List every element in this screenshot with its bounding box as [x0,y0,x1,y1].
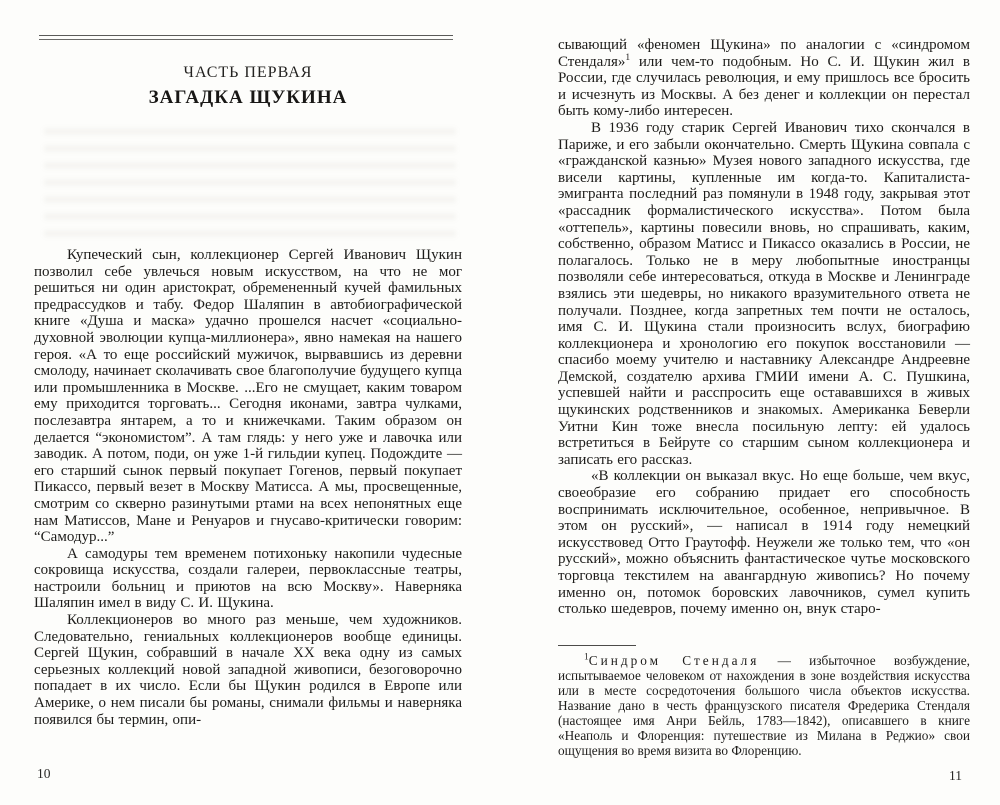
page-right-body: сывающий «феномен Щукина» по аналогии с … [558,37,970,618]
paragraph: «В коллекции он выказал вкус. Но еще бол… [558,468,970,617]
footnote-text: 1Синдром Стендаля — избыточное возбужден… [558,653,970,758]
part-label: ЧАСТЬ ПЕРВАЯ [34,64,462,82]
footnote-body-text: — избыточное возбуждение, испытываемое ч… [558,653,970,758]
page-left-body: Купеческий сын, коллекционер Сергей Иван… [34,247,462,728]
footnote-separator-rule [558,645,636,646]
page-number-left: 10 [37,766,51,782]
page-number-right: 11 [949,768,962,784]
bleed-through-ghost [44,128,456,240]
paragraph: А самодуры тем временем потихоньку накоп… [34,546,462,612]
chapter-title: ЗАГАДКА ЩУКИНА [34,87,462,109]
page-left: ЧАСТЬ ПЕРВАЯ ЗАГАДКА ЩУКИНА Купеческий с… [34,0,462,805]
page-right: сывающий «феномен Щукина» по аналогии с … [558,0,970,805]
footnote: 1Синдром Стендаля — избыточное возбужден… [558,645,970,758]
footnote-term: Синдром Стендаля [589,653,760,668]
paragraph: Коллекционеров во много раз меньше, чем … [34,612,462,728]
section-divider-rule [39,35,453,40]
paragraph: Купеческий сын, коллекционер Сергей Иван… [34,247,462,546]
paragraph: В 1936 году старик Сергей Иванович тихо … [558,120,970,468]
book-spread: ЧАСТЬ ПЕРВАЯ ЗАГАДКА ЩУКИНА Купеческий с… [0,0,1000,805]
paragraph-continuation: сывающий «феномен Щукина» по аналогии с … [558,37,970,120]
